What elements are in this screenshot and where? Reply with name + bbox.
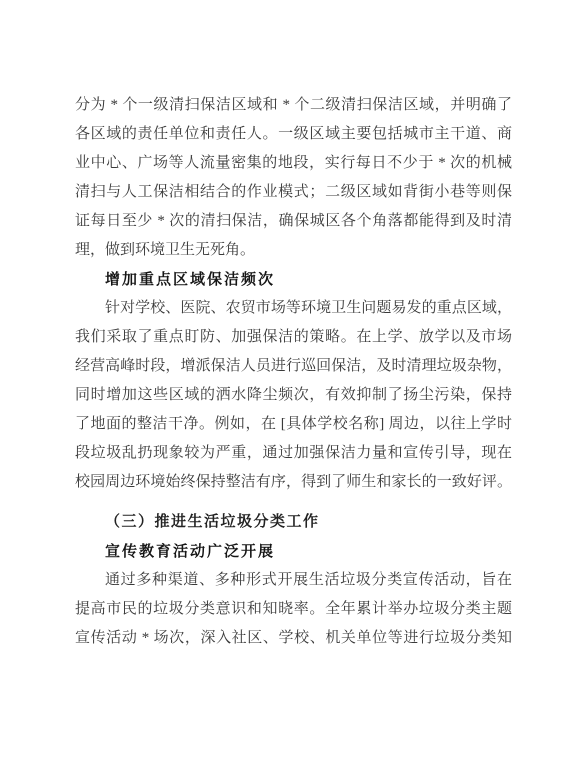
body-line: 宣传活动 * 场次，深入社区、学校、机关单位等进行垃圾分类知 bbox=[75, 624, 512, 653]
body-line: 校园周边环境始终保持整洁有序，得到了师生和家长的一致好评。 bbox=[75, 468, 512, 497]
body-line: 提高市民的垃圾分类意识和知晓率。全年累计举办垃圾分类主题 bbox=[75, 595, 512, 624]
document-text-block: 分为 * 个一级清扫保洁区域和 * 个二级清扫保洁区域，并明确了 各区域的责任单… bbox=[75, 91, 512, 653]
body-line: 同时增加这些区域的洒水降尘频次，有效抑制了扬尘污染，保持 bbox=[75, 381, 512, 410]
body-line: 理，做到环境卫生无死角。 bbox=[75, 236, 512, 265]
body-line: 了地面的整洁干净。例如，在 [具体学校名称] 周边，以往上学时 bbox=[75, 410, 512, 439]
body-line: 经营高峰时段，增派保洁人员进行巡回保洁，及时清理垃圾杂物， bbox=[75, 352, 512, 381]
body-line: 清扫与人工保洁相结合的作业模式；二级区域如背街小巷等则保 bbox=[75, 178, 512, 207]
body-line: 业中心、广场等人流量密集的地段，实行每日不少于 * 次的机械 bbox=[75, 149, 512, 178]
body-line: 证每日至少 * 次的清扫保洁，确保城区各个角落都能得到及时清 bbox=[75, 207, 512, 236]
subsection-heading-publicity: 宣传教育活动广泛开展 bbox=[75, 537, 512, 566]
body-line: 我们采取了重点盯防、加强保洁的策略。在上学、放学以及市场 bbox=[75, 323, 512, 352]
body-line: 各区域的责任单位和责任人。一级区域主要包括城市主干道、商 bbox=[75, 120, 512, 149]
body-line: 通过多种渠道、多种形式开展生活垃圾分类宣传活动，旨在 bbox=[75, 566, 512, 595]
body-line: 针对学校、医院、农贸市场等环境卫生问题易发的重点区域， bbox=[75, 294, 512, 323]
section-heading-waste-sorting: （三）推进生活垃圾分类工作 bbox=[75, 508, 512, 537]
body-line: 段垃圾乱扔现象较为严重，通过加强保洁力量和宣传引导，现在 bbox=[75, 439, 512, 468]
subsection-heading-cleaning-frequency: 增加重点区域保洁频次 bbox=[75, 265, 512, 294]
document-page: 分为 * 个一级清扫保洁区域和 * 个二级清扫保洁区域，并明确了 各区域的责任单… bbox=[0, 0, 586, 759]
body-line: 分为 * 个一级清扫保洁区域和 * 个二级清扫保洁区域，并明确了 bbox=[75, 91, 512, 120]
